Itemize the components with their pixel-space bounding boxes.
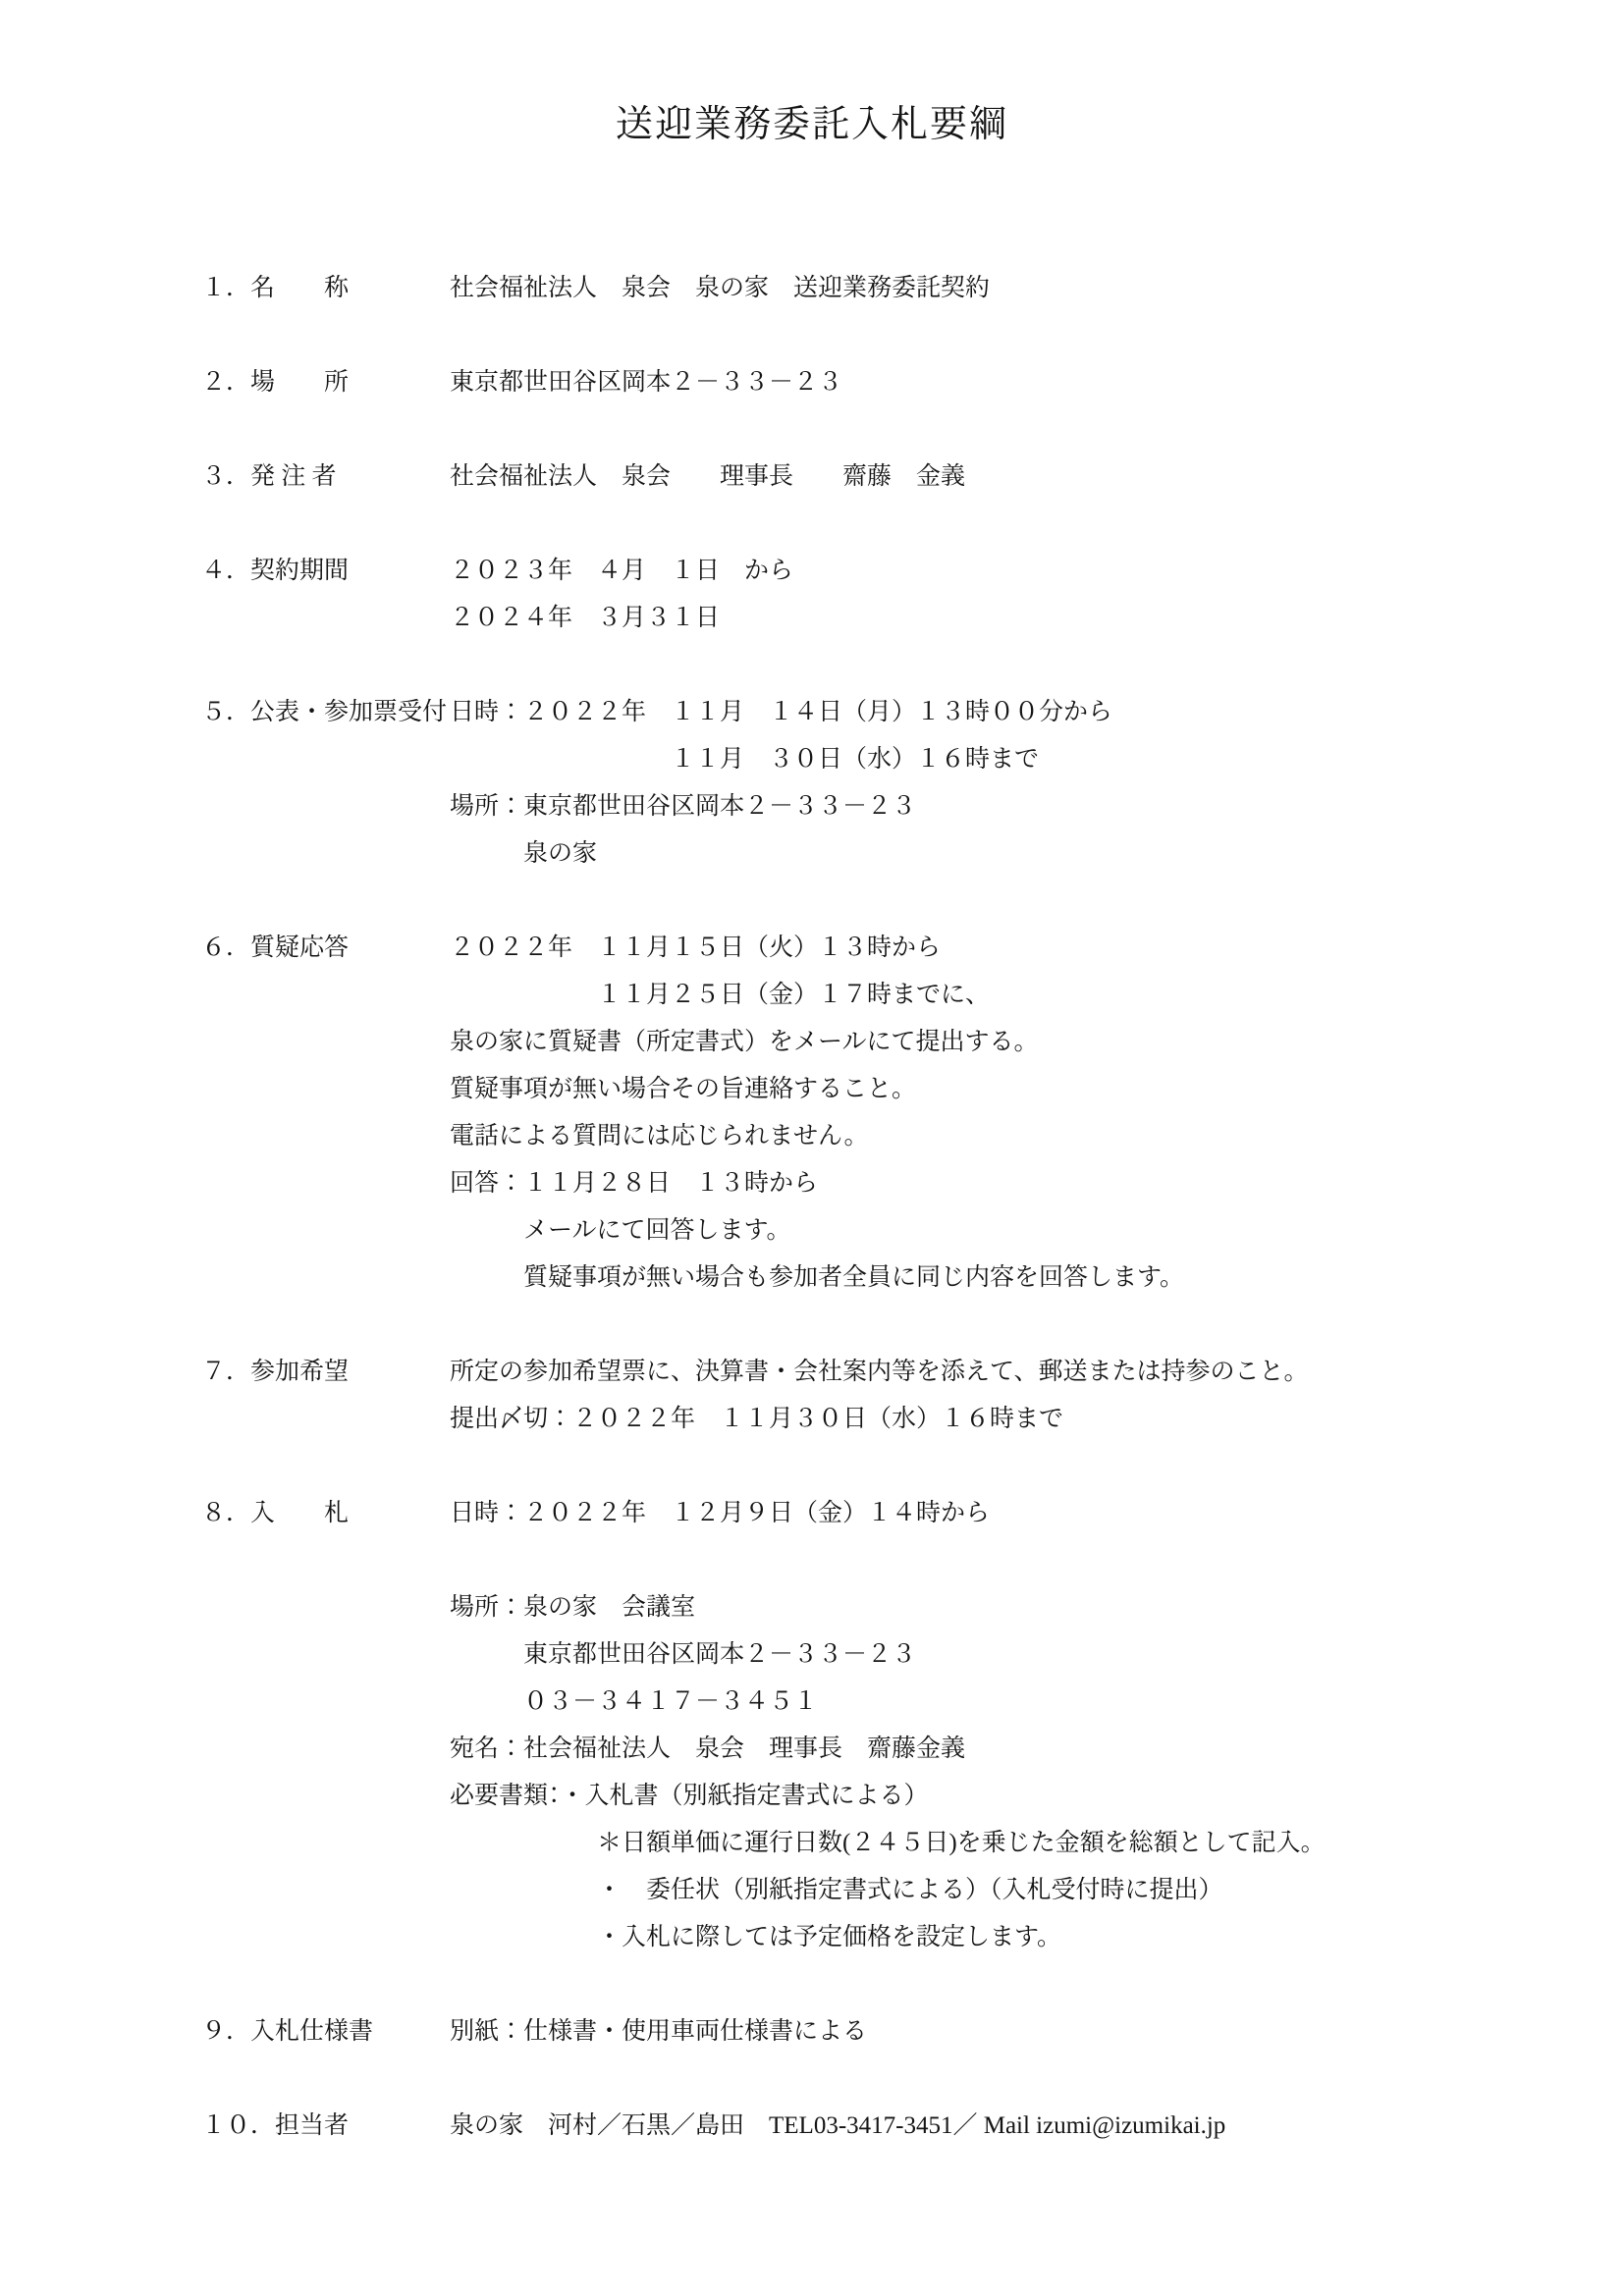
item-qa: ６．質疑応答２０２２年 １１月１５日（火）１３時から １１月２５日（金）１７時ま… <box>0 925 1624 1302</box>
item-label: １０．担当者 <box>201 2103 450 2150</box>
item-line: 質疑事項が無い場合その旨連絡すること。 <box>0 1066 1624 1113</box>
item-line: ９．入札仕様書別紙：仕様書・使用車両仕様書による <box>0 2008 1624 2056</box>
item-line: 泉の家 <box>0 830 1624 878</box>
item-label: ８．入 札 <box>201 1490 450 1537</box>
item-line: ２．場 所東京都世田谷区岡本２－３３－２３ <box>0 359 1624 406</box>
document-page: 送迎業務委託入札要綱 １．名 称社会福祉法人 泉会 泉の家 送迎業務委託契約 ２… <box>0 0 1624 2296</box>
item-line: ・入札に際しては予定価格を設定します。 <box>0 1914 1624 1961</box>
item-content: 社会福祉法人 泉会 理事長 齋藤 金義 <box>450 463 965 490</box>
item-line: ＊日額単価に運行日数(２４５日)を乗じた金額を総額として記入。 <box>0 1820 1624 1867</box>
item-content: 別紙：仕様書・使用車両仕様書による <box>450 2018 867 2045</box>
item-content: 所定の参加希望票に、決算書・会社案内等を添えて、郵送または持参のこと。 <box>450 1359 1309 1385</box>
item-place: ２．場 所東京都世田谷区岡本２－３３－２３ <box>0 359 1624 406</box>
item-label: ７．参加希望 <box>201 1349 450 1396</box>
item-line: 質疑事項が無い場合も参加者全員に同じ内容を回答します。 <box>0 1255 1624 1302</box>
item-bidding: ８．入 札日時：２０２２年 １２月９日（金）１４時から 場所：泉の家 会議室 東… <box>0 1490 1624 1961</box>
item-orderer: ３．発 注 者社会福祉法人 泉会 理事長 齋藤 金義 <box>0 454 1624 501</box>
item-line: 場所：東京都世田谷区岡本２－３３－２３ <box>0 783 1624 830</box>
item-line: ２０２４年 ３月３１日 <box>0 595 1624 642</box>
item-line: ・ 委任状（別紙指定書式による）（入札受付時に提出） <box>0 1867 1624 1914</box>
item-line: １１月２５日（金）１７時までに、 <box>0 972 1624 1019</box>
item-participation: ７．参加希望所定の参加希望票に、決算書・会社案内等を添えて、郵送または持参のこと… <box>0 1349 1624 1443</box>
item-line: 場所：泉の家 会議室 <box>0 1584 1624 1631</box>
item-content: 日時：２０２２年 １２月９日（金）１４時から <box>450 1500 990 1526</box>
item-name: １．名 称社会福祉法人 泉会 泉の家 送迎業務委託契約 <box>0 265 1624 312</box>
item-label: １．名 称 <box>201 265 450 312</box>
item-line-blank <box>0 1537 1624 1584</box>
item-line: メールにて回答します。 <box>0 1207 1624 1255</box>
item-content: 東京都世田谷区岡本２－３３－２３ <box>450 369 842 396</box>
item-line: ６．質疑応答２０２２年 １１月１５日（火）１３時から <box>0 925 1624 972</box>
item-line: １．名 称社会福祉法人 泉会 泉の家 送迎業務委託契約 <box>0 265 1624 312</box>
item-specifications: ９．入札仕様書別紙：仕様書・使用車両仕様書による <box>0 2008 1624 2056</box>
item-line: ５．公表・参加票受付日時：２０２２年 １１月 １４日（月）１３時００分から <box>0 689 1624 736</box>
item-line: 回答：１１月２８日 １３時から <box>0 1160 1624 1207</box>
item-line: 提出〆切：２０２２年 １１月３０日（水）１６時まで <box>0 1396 1624 1443</box>
item-line: ０３－３４１７－３４５１ <box>0 1679 1624 1726</box>
item-line: 必要書類：・入札書（別紙指定書式による） <box>0 1773 1624 1820</box>
item-content: ２０２２年 １１月１５日（火）１３時から <box>450 934 941 961</box>
item-line: ４．契約期間２０２３年 ４月 １日 から <box>0 548 1624 595</box>
item-contact-person: １０．担当者泉の家 河村／石黒／島田 TEL03-3417-3451／ Mail… <box>0 2103 1624 2150</box>
item-label: ６．質疑応答 <box>201 925 450 972</box>
item-label: ３．発 注 者 <box>201 454 450 501</box>
item-line: 宛名：社会福祉法人 泉会 理事長 齋藤金義 <box>0 1726 1624 1773</box>
item-line: 泉の家に質疑書（所定書式）をメールにて提出する。 <box>0 1019 1624 1066</box>
item-content: 社会福祉法人 泉会 泉の家 送迎業務委託契約 <box>450 275 990 301</box>
item-label: ９．入札仕様書 <box>201 2008 450 2056</box>
item-line: ７．参加希望所定の参加希望票に、決算書・会社案内等を添えて、郵送または持参のこと… <box>0 1349 1624 1396</box>
item-label: ２．場 所 <box>201 359 450 406</box>
item-contract-period: ４．契約期間２０２３年 ４月 １日 から ２０２４年 ３月３１日 <box>0 548 1624 642</box>
item-line: 東京都世田谷区岡本２－３３－２３ <box>0 1631 1624 1679</box>
item-label: ４．契約期間 <box>201 548 450 595</box>
item-announcement-reception: ５．公表・参加票受付日時：２０２２年 １１月 １４日（月）１３時００分から １１… <box>0 689 1624 878</box>
document-body: １．名 称社会福祉法人 泉会 泉の家 送迎業務委託契約 ２．場 所東京都世田谷区… <box>0 149 1624 2150</box>
item-line: ３．発 注 者社会福祉法人 泉会 理事長 齋藤 金義 <box>0 454 1624 501</box>
item-line: １１月 ３０日（水）１６時まで <box>0 736 1624 783</box>
item-label: ５．公表・参加票受付 <box>201 689 450 736</box>
item-content: 泉の家 河村／石黒／島田 TEL03-3417-3451／ Mail izumi… <box>450 2112 1225 2139</box>
document-title: 送迎業務委託入札要綱 <box>0 0 1624 149</box>
item-line: 電話による質問には応じられません。 <box>0 1113 1624 1160</box>
item-line: １０．担当者泉の家 河村／石黒／島田 TEL03-3417-3451／ Mail… <box>0 2103 1624 2150</box>
item-content: 日時：２０２２年 １１月 １４日（月）１３時００分から <box>450 699 1112 725</box>
item-line: ８．入 札日時：２０２２年 １２月９日（金）１４時から <box>0 1490 1624 1537</box>
item-content: ２０２３年 ４月 １日 から <box>450 558 793 584</box>
